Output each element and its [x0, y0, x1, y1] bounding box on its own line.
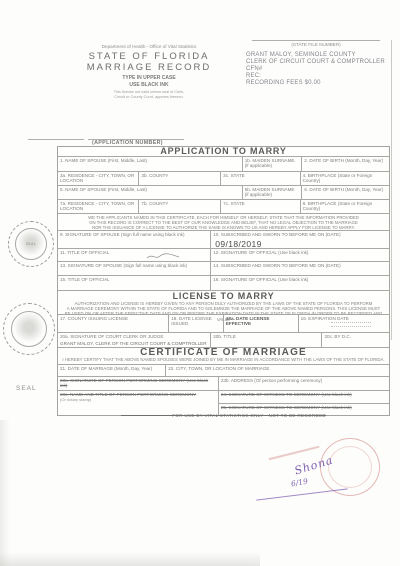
field-label: 18. DATE LICENSE ISSUED — [171, 316, 221, 327]
field-clerk-signature: 20a. SIGNATURE OF COURT CLERK OR JUDGE G… — [58, 333, 210, 347]
field-label: 10. SUBSCRIBED AND SWORN TO BEFORE ME ON… — [213, 232, 387, 237]
field-spouse1-state: 3c. STATE — [220, 172, 299, 185]
certificate-section-header: CERTIFICATE OF MARRIAGE — [58, 347, 389, 357]
field-spouse2-birthplace: 8. BIRTHPLACE (State or Foreign Country) — [300, 200, 389, 213]
certify-statement: I HEREBY CERTIFY THAT THE ABOVE NAMED SP… — [58, 357, 389, 364]
field-label: 24. SIGNATURE OF WITNESS TO CEREMONY (Us… — [221, 392, 387, 397]
vital-statistics-footer: ---- --- -- --- --- --- ---- FOR USE BY … — [57, 413, 390, 418]
field-label: 7a. RESIDENCE - CITY, TOWN, OR LOCATION — [60, 201, 136, 212]
court-seal-icon: SEAL — [8, 221, 54, 267]
field-label: 23a. SIGNATURE OF PERSON PERFORMING CERE… — [60, 378, 216, 389]
field-spouse1-dob: 2. DATE OF BIRTH (Month, Day, Year) — [301, 157, 389, 171]
license-paragraph-row: AUTHORIZATION AND LICENSE IS HEREBY GIVE… — [58, 300, 389, 314]
scan-shadow — [0, 552, 260, 566]
applicants-oath: WE THE APPLICANTS NAMED IN THIS CERTIFIC… — [58, 214, 389, 230]
validity-note-line2: Circuit or County Court, appears thereon… — [114, 95, 183, 99]
field-label: 25. SIGNATURE OF WITNESS TO CEREMONY (Us… — [221, 405, 387, 410]
form-row-17-19: 17. COUNTY ISSUING LICENSE 18. DATE LICE… — [58, 314, 389, 332]
certify-line-row: I HEREBY CERTIFY THAT THE ABOVE NAMED SP… — [58, 357, 389, 364]
license-section-header: LICENSE TO MARRY — [58, 290, 389, 300]
field-label: 23b. ADDRESS (Of person performing cerem… — [221, 378, 387, 383]
field-label: 5b. MAIDEN SURNAME (if applicable) — [245, 187, 300, 198]
state-file-number-blank — [252, 40, 380, 41]
witness-cells: 24. SIGNATURE OF WITNESS TO CEREMONY (Us… — [218, 391, 389, 415]
field-label: 3b. COUNTY — [141, 173, 218, 178]
field-label: 9. SIGNATURE OF SPOUSE (Sign full name u… — [60, 232, 208, 237]
field-date-issued: 18. DATE LICENSE ISSUED — [168, 315, 223, 332]
clerk-stamp-block: GRANT MALOY, SEMINOLE COUNTY CLERK OF CI… — [246, 52, 392, 87]
field-label: 15. TITLE OF OFFICIAL — [60, 277, 208, 282]
field-label: 18a. DATE LICENSE EFFECTIVE — [226, 316, 296, 327]
field-spouse1-signature: 9. SIGNATURE OF SPOUSE (Sign full name u… — [58, 231, 210, 248]
seal-label: SEAL — [16, 385, 37, 392]
field-label: 3a. RESIDENCE - CITY, TOWN, OR LOCATION — [60, 173, 136, 184]
state-file-number-label: (STATE FILE NUMBER) — [246, 42, 386, 47]
field-county-issuing: 17. COUNTY ISSUING LICENSE — [58, 315, 168, 332]
form-row-4: 7a. RESIDENCE - CITY, TOWN, OR LOCATION … — [58, 199, 389, 213]
field-label: 19. EXPIRATION DATE — [301, 316, 387, 321]
field-spouse2-residence: 7a. RESIDENCE - CITY, TOWN, OR LOCATION — [58, 200, 138, 213]
field-sworn-date-1: 10. SUBSCRIBED AND SWORN TO BEFORE ME ON… — [210, 231, 389, 248]
clerk-name: GRANT MALOY, SEMINOLE COUNTY — [246, 52, 392, 59]
field-marriage-date: 21. DATE OF MARRIAGE (Month, Day, Year) — [58, 365, 165, 376]
field-spouse2-state: 7c. STATE — [220, 200, 299, 213]
field-label: 21. DATE OF MARRIAGE (Month, Day, Year) — [60, 366, 163, 371]
field-spouse2-county: 7b. COUNTY — [138, 200, 220, 213]
field-officiant-signature: 23a. SIGNATURE OF PERSON PERFORMING CERE… — [58, 377, 218, 390]
field-sworn-date-2: 14. SUBSCRIBED AND SWORN TO BEFORE ME ON… — [210, 262, 389, 275]
type-instruction: TYPE IN UPPER CASE — [58, 75, 240, 81]
clerk-name-printed: GRANT MALOY, CLERK OF THE CIRCUIT COURT … — [60, 341, 208, 346]
field-officiant-name-title: 23c. NAME AND TITLE OF PERSON PERFORMING… — [58, 391, 218, 415]
field-spouse1-residence: 3a. RESIDENCE - CITY, TOWN, OR LOCATION — [58, 172, 138, 185]
field-label: 14. SUBSCRIBED AND SWORN TO BEFORE ME ON… — [213, 263, 387, 268]
field-label: 11. TITLE OF OFFICIAL — [60, 250, 208, 255]
field-label: 1b. MAIDEN SURNAME (if applicable) — [245, 158, 300, 169]
field-label: 2. DATE OF BIRTH (Month, Day, Year) — [304, 158, 387, 163]
field-spouse2-maiden: 5b. MAIDEN SURNAME (if applicable) — [242, 186, 302, 199]
marriage-record-form: APPLICATION TO MARRY 1. NAME OF SPOUSE (… — [57, 146, 390, 416]
license-title: LICENSE TO MARRY — [58, 291, 389, 300]
validity-note-line1: This license not valid unless seal of Cl… — [114, 90, 185, 94]
field-marriage-location: 22. CITY, TOWN, OR LOCATION OF MARRIAGE — [165, 365, 389, 376]
form-row-15-16: 15. TITLE OF OFFICIAL 16. SIGNATURE OF O… — [58, 275, 389, 290]
form-row-20: 20a. SIGNATURE OF COURT CLERK OR JUDGE G… — [58, 332, 389, 347]
document-page: Department of Health - Office of Vital S… — [0, 0, 400, 566]
scan-shadow — [0, 420, 10, 566]
field-label: 5. NAME OF SPOUSE (First, Middle, Last) — [60, 187, 240, 192]
field-date-effective: 18a. DATE LICENSE EFFECTIVE — [223, 315, 298, 332]
field-label: 20a. SIGNATURE OF COURT CLERK OR JUDGE — [60, 334, 208, 339]
field-label: 6. DATE OF BIRTH (Month, Day, Year) — [304, 187, 387, 192]
sworn-date-value: 09/18/2019 — [215, 239, 387, 248]
field-spouse1-maiden: 1b. MAIDEN SURNAME (if applicable) — [242, 157, 302, 171]
field-officiant-address: 23b. ADDRESS (Of person performing cerem… — [218, 377, 389, 390]
faint-stamp-marks — [331, 322, 371, 330]
field-by-dc: 20c. BY D.C. — [321, 333, 389, 347]
clerk-title: CLERK OF CIRCUIT COURT & COMPTROLLER — [246, 59, 392, 66]
form-row-13-14: 13. SIGNATURE OF SPOUSE (Sign full name … — [58, 261, 389, 275]
field-sublabel: (Or notary stamp) — [60, 397, 216, 402]
field-spouse1-birthplace: 4. BIRTHPLACE (State or Foreign Country) — [300, 172, 389, 185]
field-label: 20c. BY D.C. — [324, 334, 387, 339]
validity-note: This license not valid unless seal of Cl… — [58, 90, 240, 99]
handwritten-stroke — [256, 488, 347, 500]
field-official-signature-2: 16. SIGNATURE OF OFFICIAL (Use black ink… — [210, 276, 389, 290]
field-label: 8. BIRTHPLACE (State or Foreign Country) — [303, 201, 387, 212]
oath-paragraph-row: WE THE APPLICANTS NAMED IN THIS CERTIFIC… — [58, 213, 389, 230]
header-left: Department of Health - Office of Vital S… — [58, 44, 240, 99]
field-official-title-2: 15. TITLE OF OFFICIAL — [58, 276, 210, 290]
form-row-9-10: 9. SIGNATURE OF SPOUSE (Sign full name u… — [58, 230, 389, 248]
form-row-2: 3a. RESIDENCE - CITY, TOWN, OR LOCATION … — [58, 171, 389, 185]
header-right: (STATE FILE NUMBER) GRANT MALOY, SEMINOL… — [246, 40, 392, 87]
field-label: 12. SIGNATURE OF OFFICIAL (Use black ink… — [213, 250, 387, 255]
red-stamp-mark — [269, 446, 320, 460]
form-row-11-12: 11. TITLE OF OFFICIAL 12. SIGNATURE OF O… — [58, 248, 389, 261]
field-label: 1. NAME OF SPOUSE (First, Middle, Last) — [60, 158, 240, 163]
form-row-23c-24-25: 23c. NAME AND TITLE OF PERSON PERFORMING… — [58, 390, 389, 415]
handwritten-date: 6/19 — [290, 477, 308, 489]
field-label: 20b. TITLE — [213, 334, 319, 339]
field-expiration-date: 19. EXPIRATION DATE — [298, 315, 389, 332]
field-spouse1-county: 3b. COUNTY — [138, 172, 220, 185]
license-authorization: AUTHORIZATION AND LICENSE IS HEREBY GIVE… — [58, 300, 389, 314]
dept-line: Department of Health - Office of Vital S… — [58, 44, 240, 49]
field-label: 17. COUNTY ISSUING LICENSE — [60, 316, 166, 321]
application-title: APPLICATION TO MARRY — [58, 147, 389, 156]
field-label: 7b. COUNTY — [141, 201, 218, 206]
field-witness-1: 24. SIGNATURE OF WITNESS TO CEREMONY (Us… — [219, 391, 389, 404]
field-label: 13. SIGNATURE OF SPOUSE (Sign full name … — [60, 263, 208, 268]
ink-instruction: USE BLACK INK — [58, 82, 240, 88]
field-clerk-title: 20b. TITLE — [210, 333, 321, 347]
form-row-1: 1. NAME OF SPOUSE (First, Middle, Last) … — [58, 156, 389, 171]
form-row-23ab: 23a. SIGNATURE OF PERSON PERFORMING CERE… — [58, 376, 389, 390]
field-spouse1-name: 1. NAME OF SPOUSE (First, Middle, Last) — [58, 157, 242, 171]
field-label: 7c. STATE — [223, 201, 297, 206]
field-spouse2-name: 5. NAME OF SPOUSE (First, Middle, Last) — [58, 186, 242, 199]
field-label: 16. SIGNATURE OF OFFICIAL (Use black ink… — [213, 277, 387, 282]
field-spouse2-dob: 6. DATE OF BIRTH (Month, Day, Year) — [301, 186, 389, 199]
seal-inner-text: SEAL — [26, 242, 36, 246]
application-section-header: APPLICATION TO MARRY — [58, 147, 389, 156]
certificate-title: CERTIFICATE OF MARRIAGE — [58, 348, 389, 357]
application-number-blank-left — [28, 139, 84, 140]
recording-fees: RECORDING FEES $0.00 — [246, 80, 392, 87]
official-signature-mark — [146, 253, 180, 260]
field-official-title-1: 11. TITLE OF OFFICIAL — [58, 249, 210, 261]
field-label: 3c. STATE — [223, 173, 297, 178]
form-title-line1: STATE OF FLORIDA — [58, 51, 240, 62]
field-label: 22. CITY, TOWN, OR LOCATION OF MARRIAGE — [168, 366, 387, 371]
form-row-21-22: 21. DATE OF MARRIAGE (Month, Day, Year) … — [58, 364, 389, 376]
court-seal-icon — [3, 303, 55, 355]
form-row-3: 5. NAME OF SPOUSE (First, Middle, Last) … — [58, 185, 389, 199]
rec-label: REC: — [246, 73, 392, 80]
field-official-signature-1: 12. SIGNATURE OF OFFICIAL (Use black ink… — [210, 249, 389, 261]
field-spouse2-signature: 13. SIGNATURE OF SPOUSE (Sign full name … — [58, 262, 210, 275]
cfn-label: CFN# — [246, 66, 392, 73]
form-title-line2: MARRIAGE RECORD — [58, 62, 240, 73]
field-label: 4. BIRTHPLACE (State or Foreign Country) — [303, 173, 387, 184]
